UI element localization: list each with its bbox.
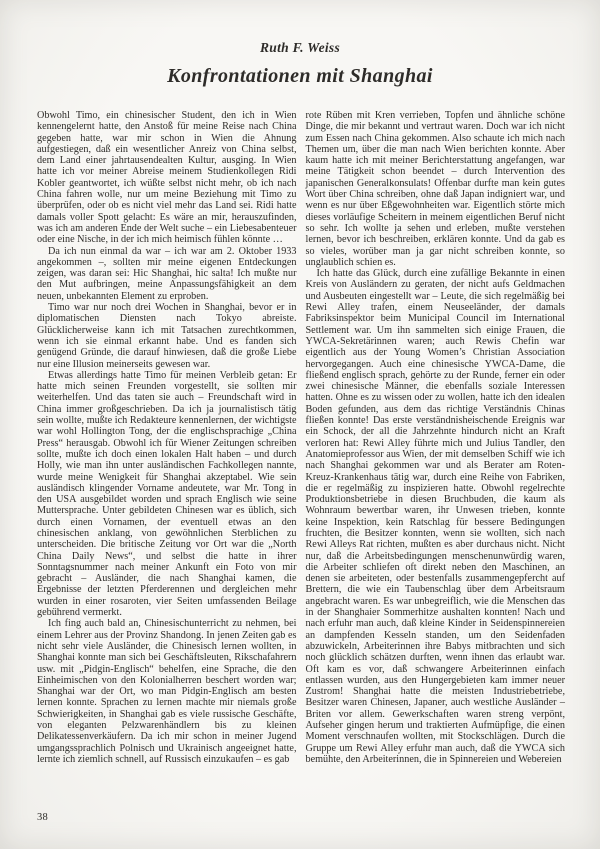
- page-header: Ruth F. Weiss Konfrontationen mit Shangh…: [0, 40, 600, 88]
- column-left: Obwohl Timo, ein chinesischer Student, d…: [37, 110, 297, 765]
- page-title: Konfrontationen mit Shanghai: [0, 65, 600, 88]
- paragraph: Etwas allerdings hatte Timo für meinen V…: [37, 370, 297, 619]
- page-number: 38: [37, 812, 48, 823]
- paragraph: Da ich nun einmal da war – ich war am 2.…: [37, 246, 297, 302]
- column-right: rote Rüben mit Kren verrieben, Topfen un…: [306, 110, 566, 765]
- book-page: Ruth F. Weiss Konfrontationen mit Shangh…: [0, 0, 600, 849]
- paragraph: Timo war nur noch drei Wochen in Shangha…: [37, 302, 297, 370]
- paragraph: Ich hatte das Glück, durch eine zufällig…: [306, 268, 566, 765]
- paragraph: rote Rüben mit Kren verrieben, Topfen un…: [306, 110, 566, 268]
- paragraph: Ich fing auch bald an, Chinesischunterri…: [37, 618, 297, 765]
- paragraph: Obwohl Timo, ein chinesischer Student, d…: [37, 110, 297, 246]
- body-text: Obwohl Timo, ein chinesischer Student, d…: [37, 110, 565, 765]
- author-name: Ruth F. Weiss: [0, 40, 600, 56]
